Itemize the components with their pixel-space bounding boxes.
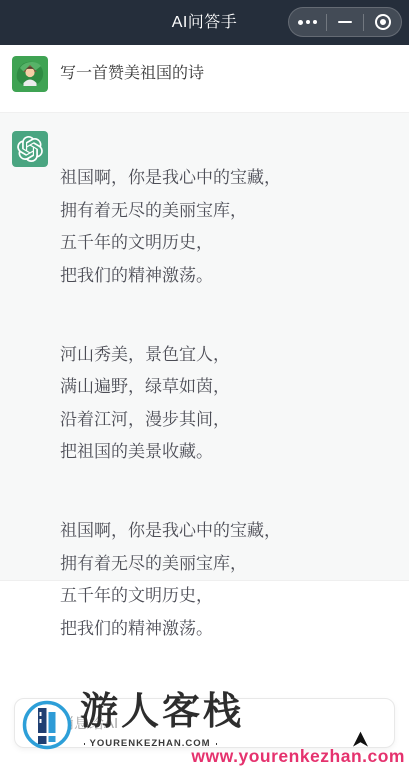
poem-line: 五千年的文明历史， bbox=[60, 580, 281, 613]
navigation-bar: AI问答手 bbox=[0, 0, 409, 45]
ai-avatar bbox=[12, 131, 48, 167]
send-arrow-icon bbox=[351, 730, 370, 749]
ai-poem: 祖国啊，你是我心中的宝藏， 拥有着无尽的美丽宝库， 五千年的文明历史， 把我们的… bbox=[60, 162, 281, 580]
watermark-url: www.yourenkezhan.com bbox=[191, 746, 405, 767]
exit-circle-icon bbox=[375, 14, 391, 30]
poem-line: 沿着江河，漫步其间， bbox=[60, 404, 281, 437]
user-message-row: 写一首赞美祖国的诗 bbox=[0, 45, 409, 113]
mini-program-window: AI问答手 bbox=[0, 0, 409, 775]
poem-line: 祖国啊，你是我心中的宝藏， bbox=[60, 515, 281, 548]
capsule-menu bbox=[288, 7, 402, 37]
poem-line: 把我们的精神激荡。 bbox=[60, 613, 281, 646]
poem-line: 满山遍野，绿草如茵， bbox=[60, 371, 281, 404]
poem-line: 五千年的文明历史， bbox=[60, 227, 281, 260]
poem-line: 祖国啊，你是我心中的宝藏， bbox=[60, 162, 281, 195]
more-dots-icon bbox=[298, 20, 317, 25]
user-message-text: 写一首赞美祖国的诗 bbox=[60, 56, 204, 112]
stanza-gap bbox=[60, 483, 281, 516]
minimize-icon bbox=[338, 21, 352, 24]
send-button[interactable] bbox=[349, 728, 371, 750]
openai-logo-icon bbox=[17, 136, 43, 162]
poem-line: 把祖国的美景收藏。 bbox=[60, 436, 281, 469]
poem-line: 拥有着无尽的美丽宝库， bbox=[60, 195, 281, 228]
more-options-button[interactable] bbox=[289, 8, 326, 36]
user-avatar bbox=[12, 56, 48, 92]
message-input[interactable] bbox=[29, 715, 380, 732]
exit-button[interactable] bbox=[364, 8, 401, 36]
poem-line: 拥有着无尽的美丽宝库， bbox=[60, 548, 281, 581]
stanza-gap bbox=[60, 306, 281, 339]
poem-line: 把我们的精神激荡。 bbox=[60, 260, 281, 293]
ai-message-row: 祖国啊，你是我心中的宝藏， 拥有着无尽的美丽宝库， 五千年的文明历史， 把我们的… bbox=[0, 113, 409, 581]
minimize-button[interactable] bbox=[327, 8, 364, 36]
poem-line: 河山秀美，景色宜人， bbox=[60, 339, 281, 372]
person-cartoon-icon bbox=[12, 56, 48, 92]
message-input-bar bbox=[14, 698, 395, 748]
